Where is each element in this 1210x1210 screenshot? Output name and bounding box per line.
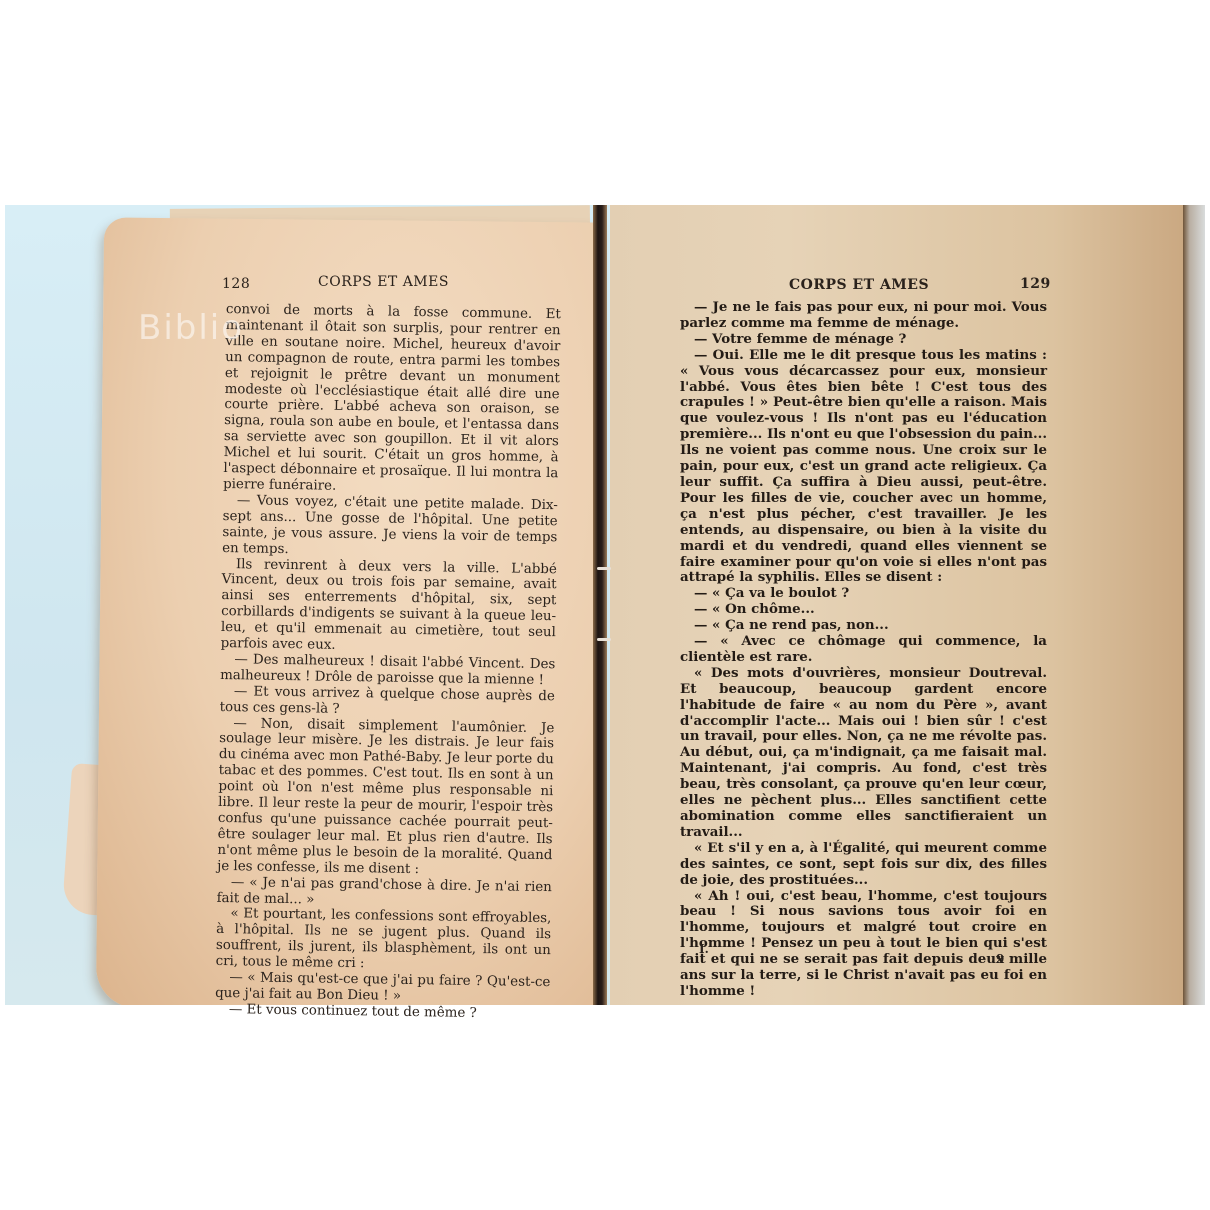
watermark: Biblio xyxy=(138,308,244,348)
signature-mark: I. xyxy=(699,942,709,956)
paragraph: — Votre femme de ménage ? xyxy=(680,332,1047,348)
left-page-text: convoi de morts à la fosse commune. Et m… xyxy=(215,302,561,1023)
paragraph: « Et pourtant, les confessions sont effr… xyxy=(216,906,552,975)
paragraph: — Et vous arrivez à quelque chose auprès… xyxy=(220,684,555,721)
signature-number: 9 xyxy=(996,952,1004,966)
paragraph: « Ah ! oui, c'est beau, l'homme, c'est t… xyxy=(680,889,1047,1000)
right-page-text: — Je ne le fais pas pour eux, ni pour mo… xyxy=(680,300,1047,1000)
paragraph: — Je ne le fais pas pour eux, ni pour mo… xyxy=(680,300,1047,332)
binding-stitch xyxy=(597,567,611,570)
right-running-head: CORPS ET AMES xyxy=(789,277,929,293)
paragraph: « Et s'il y en a, à l'Égalité, qui meure… xyxy=(680,841,1047,889)
paragraph: — « Avec ce chômage qui commence, la cli… xyxy=(680,634,1047,666)
paragraph: — « On chôme... xyxy=(680,602,1047,618)
binding-stitch xyxy=(597,638,611,641)
paragraph: — « Je n'ai pas grand'chose à dire. Je n… xyxy=(217,875,552,912)
paragraph: Ils revinrent à deux vers la ville. L'ab… xyxy=(221,556,557,657)
paragraph: — Vous voyez, c'était une petite malade.… xyxy=(222,493,558,562)
paragraph: — Des malheureux ! disait l'abbé Vincent… xyxy=(220,652,555,689)
left-running-head: CORPS ET AMES xyxy=(318,274,449,290)
right-page-number: 129 xyxy=(1020,276,1051,292)
paragraph: « Des mots d'ouvrières, monsieur Doutrev… xyxy=(680,666,1047,841)
paragraph: — « Mais qu'est-ce que j'ai pu faire ? Q… xyxy=(215,970,550,1007)
paragraph: — Oui. Elle me le dit presque tous les m… xyxy=(680,348,1047,587)
paragraph: — « Ça ne rend pas, non... xyxy=(680,618,1047,634)
paragraph: — « Ça va le boulot ? xyxy=(680,586,1047,602)
left-page-number: 128 xyxy=(222,276,250,292)
book-right-edge xyxy=(1183,205,1205,1005)
paragraph: convoi de morts à la fosse commune. Et m… xyxy=(223,302,561,498)
paragraph: — Non, disait simplement l'aumônier. Je … xyxy=(217,716,554,880)
book-gutter xyxy=(593,205,607,1005)
